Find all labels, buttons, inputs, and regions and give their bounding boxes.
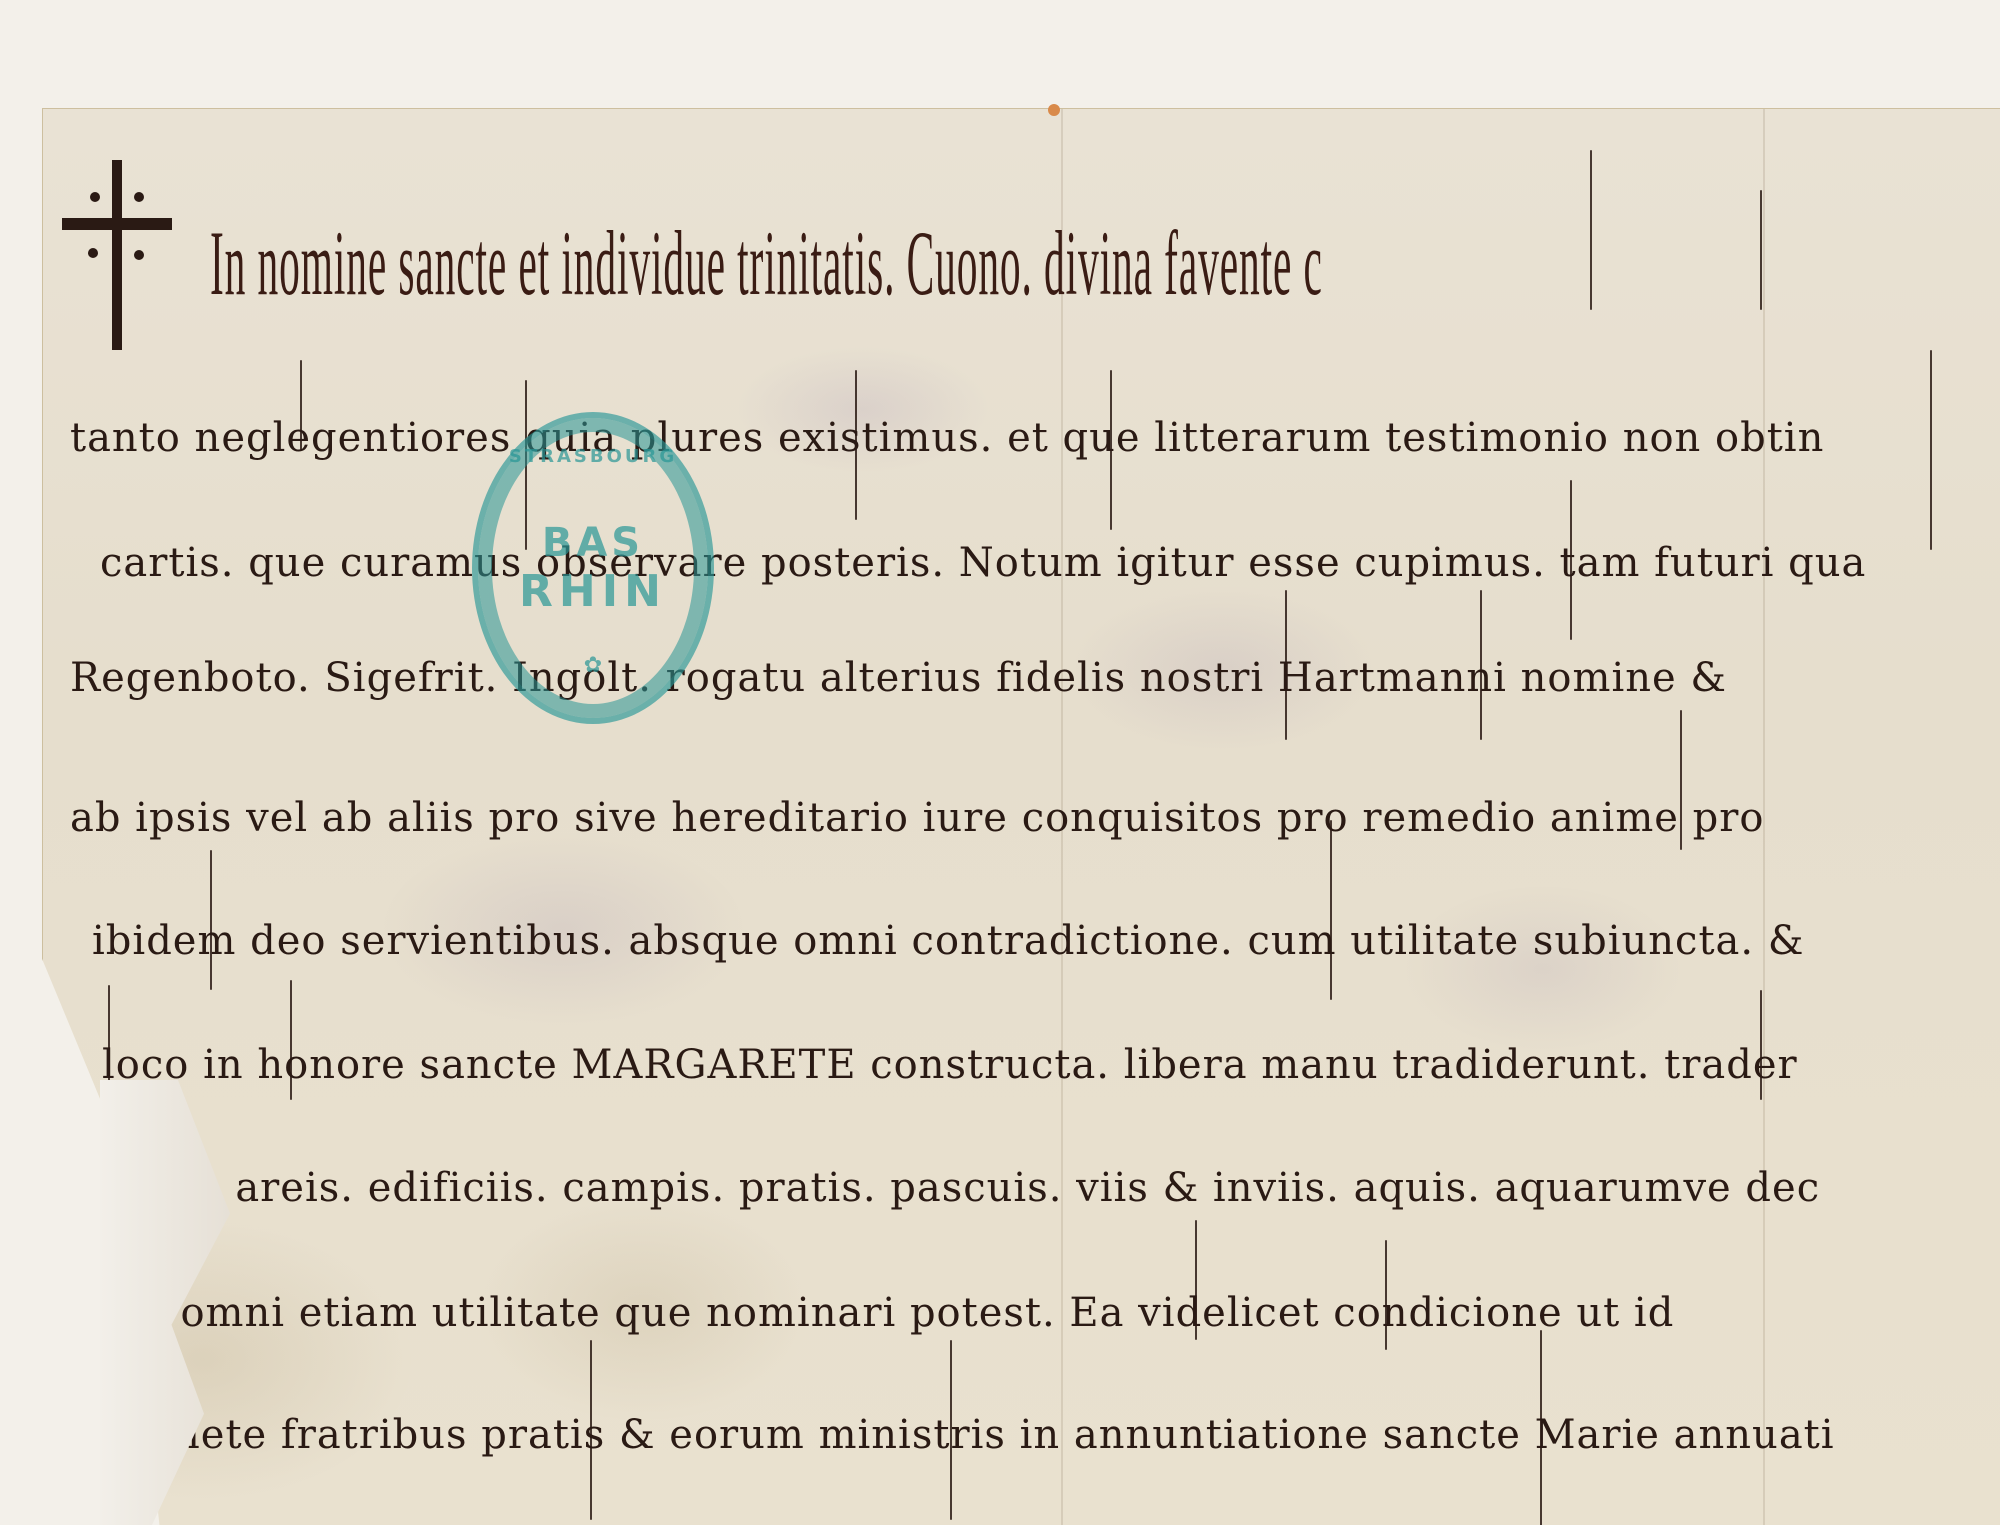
ascender-stroke xyxy=(1385,1240,1387,1350)
charter-line-invocation: In nomine sancte et individue trinitatis… xyxy=(210,210,1323,316)
ascender-stroke xyxy=(1590,150,1592,310)
charter-line: monete fratribus pratis & eorum ministri… xyxy=(110,1412,1835,1458)
ascender-stroke xyxy=(950,1340,952,1520)
ascender-stroke xyxy=(1680,710,1682,850)
ascender-stroke xyxy=(1195,1220,1197,1340)
stamp-ring-text: STRASBOURG xyxy=(509,446,677,467)
ascender-stroke xyxy=(210,850,212,990)
charter-line: cartis. que curamus observare posteris. … xyxy=(100,540,1866,586)
charter-line: nno. areis. edificiis. campis. pratis. p… xyxy=(130,1165,1820,1211)
ascender-stroke xyxy=(1480,590,1482,740)
flower-icon: ✿ xyxy=(584,653,602,678)
ascender-stroke xyxy=(1930,350,1932,550)
ascender-stroke xyxy=(855,370,857,520)
stain-spot xyxy=(1048,104,1060,116)
charter-line: tanto neglegentiores quia plures existim… xyxy=(70,415,1824,461)
ascender-stroke xyxy=(1330,820,1332,1000)
cross-icon xyxy=(62,160,172,350)
charter-line: u omni etiam utilitate que nominari pote… xyxy=(140,1290,1674,1336)
ascender-stroke xyxy=(290,980,292,1100)
ascender-stroke xyxy=(1285,590,1287,740)
ascender-stroke xyxy=(1760,190,1762,310)
ascender-stroke xyxy=(1760,990,1762,1100)
charter-line: loco in honore sancte MARGARETE construc… xyxy=(102,1042,1798,1088)
ascender-stroke xyxy=(1110,370,1112,530)
stamp-text-bottom: RHIN xyxy=(519,566,667,617)
charter-line: ibidem deo servientibus. absque omni con… xyxy=(92,918,1804,964)
ascender-stroke xyxy=(590,1340,592,1520)
ascender-stroke xyxy=(1540,1330,1542,1525)
charter-line: Regenboto. Sigefrit. Ingolt. rogatu alte… xyxy=(70,655,1727,701)
ascender-stroke xyxy=(300,360,302,450)
charter-line: ab ipsis vel ab aliis pro sive hereditar… xyxy=(70,795,1764,841)
library-stamp: STRASBOURG BAS RHIN ✿ xyxy=(472,412,714,724)
ascender-stroke xyxy=(1570,480,1572,640)
stamp-text-top: BAS xyxy=(542,520,644,566)
